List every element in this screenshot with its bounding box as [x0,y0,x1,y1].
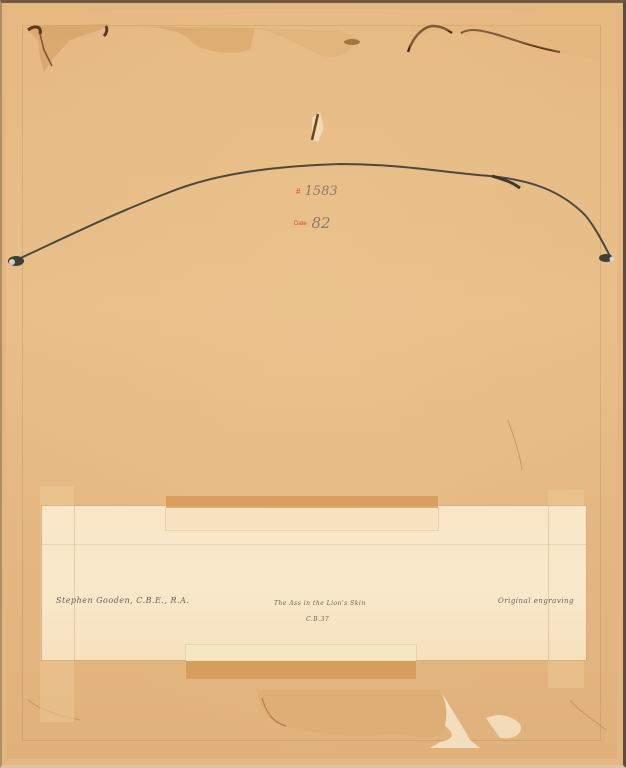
tear-bottom [258,690,449,737]
tape-top-clear [166,508,438,530]
hanging-wire [12,164,612,262]
tape-bottom-clear [186,645,416,661]
label-catalogue-ref: C.B.37 [306,616,329,623]
inventory-number-value: 1583 [305,184,338,199]
inventory-date-value: 82 [311,214,330,232]
label-artist: Stephen Gooden, C.B.E., R.A. [56,596,189,605]
label-medium: Original engraving [498,597,574,605]
tape-bottom-dark [186,661,416,679]
tear-top-center [100,26,255,53]
inventory-date-prefix: Date [294,221,307,227]
label-title: The Ass in the Lion's Skin [274,600,366,607]
tape-top-dark [166,496,438,508]
inventory-number: # 1583 [296,184,338,199]
inventory-date: Date 82 [294,214,331,232]
inventory-number-prefix: # [296,187,300,196]
